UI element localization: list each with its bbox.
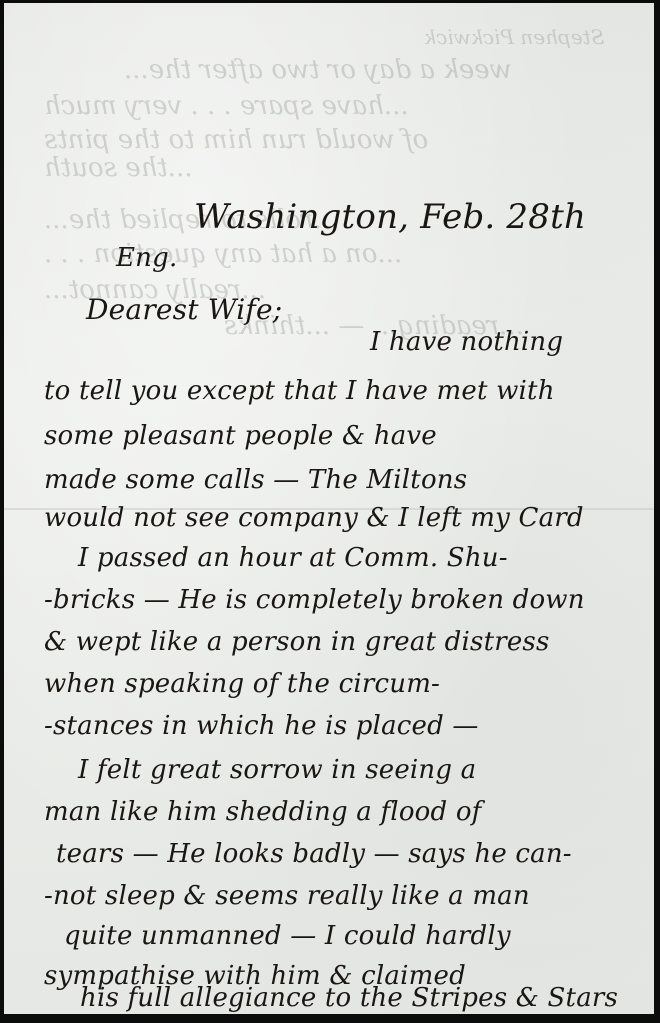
bleed-through-text: ...the south xyxy=(44,153,193,183)
body-line: made some calls — The Miltons xyxy=(44,465,467,495)
body-line: I passed an hour at Comm. Shu- xyxy=(78,543,508,573)
bleed-through-text: of would run him to the pints xyxy=(44,125,428,155)
body-line: quite unmanned — I could hardly xyxy=(64,921,511,951)
body-line: -bricks — He is completely broken down xyxy=(44,585,585,615)
salutation: Dearest Wife; xyxy=(86,293,282,326)
body-line: -stances in which he is placed — xyxy=(44,711,479,741)
bleed-through-text: ...have spare . . . very much xyxy=(44,91,409,121)
body-line: & wept like a person in great distress xyxy=(44,627,550,657)
heading-sub: Eng. xyxy=(116,243,177,273)
letter-page: Stephen Pickwick week a day or two after… xyxy=(4,3,654,1014)
body-line: man like him shedding a flood of xyxy=(44,797,482,827)
body-line: some pleasant people & have xyxy=(44,421,437,451)
bleed-through-text: week a day or two after the... xyxy=(124,55,512,85)
body-line: when speaking of the circum- xyxy=(44,669,440,699)
body-line: would not see company & I left my Card xyxy=(44,503,584,533)
place-date-heading: Washington, Feb. 28th xyxy=(194,197,586,237)
body-line: tears — He looks badly — says he can- xyxy=(56,839,572,869)
body-line: I have nothing xyxy=(370,327,563,357)
bleed-through-text: ...on a hat any question . . . xyxy=(44,239,402,269)
body-line: -not sleep & seems really like a man xyxy=(44,881,530,911)
body-line: to tell you except that I have met with xyxy=(44,376,555,406)
body-line: I felt great sorrow in seeing a xyxy=(78,755,476,785)
bleed-through-text: Stephen Pickwick xyxy=(424,25,604,49)
body-line: his full allegiance to the Stripes & Sta… xyxy=(80,983,618,1013)
